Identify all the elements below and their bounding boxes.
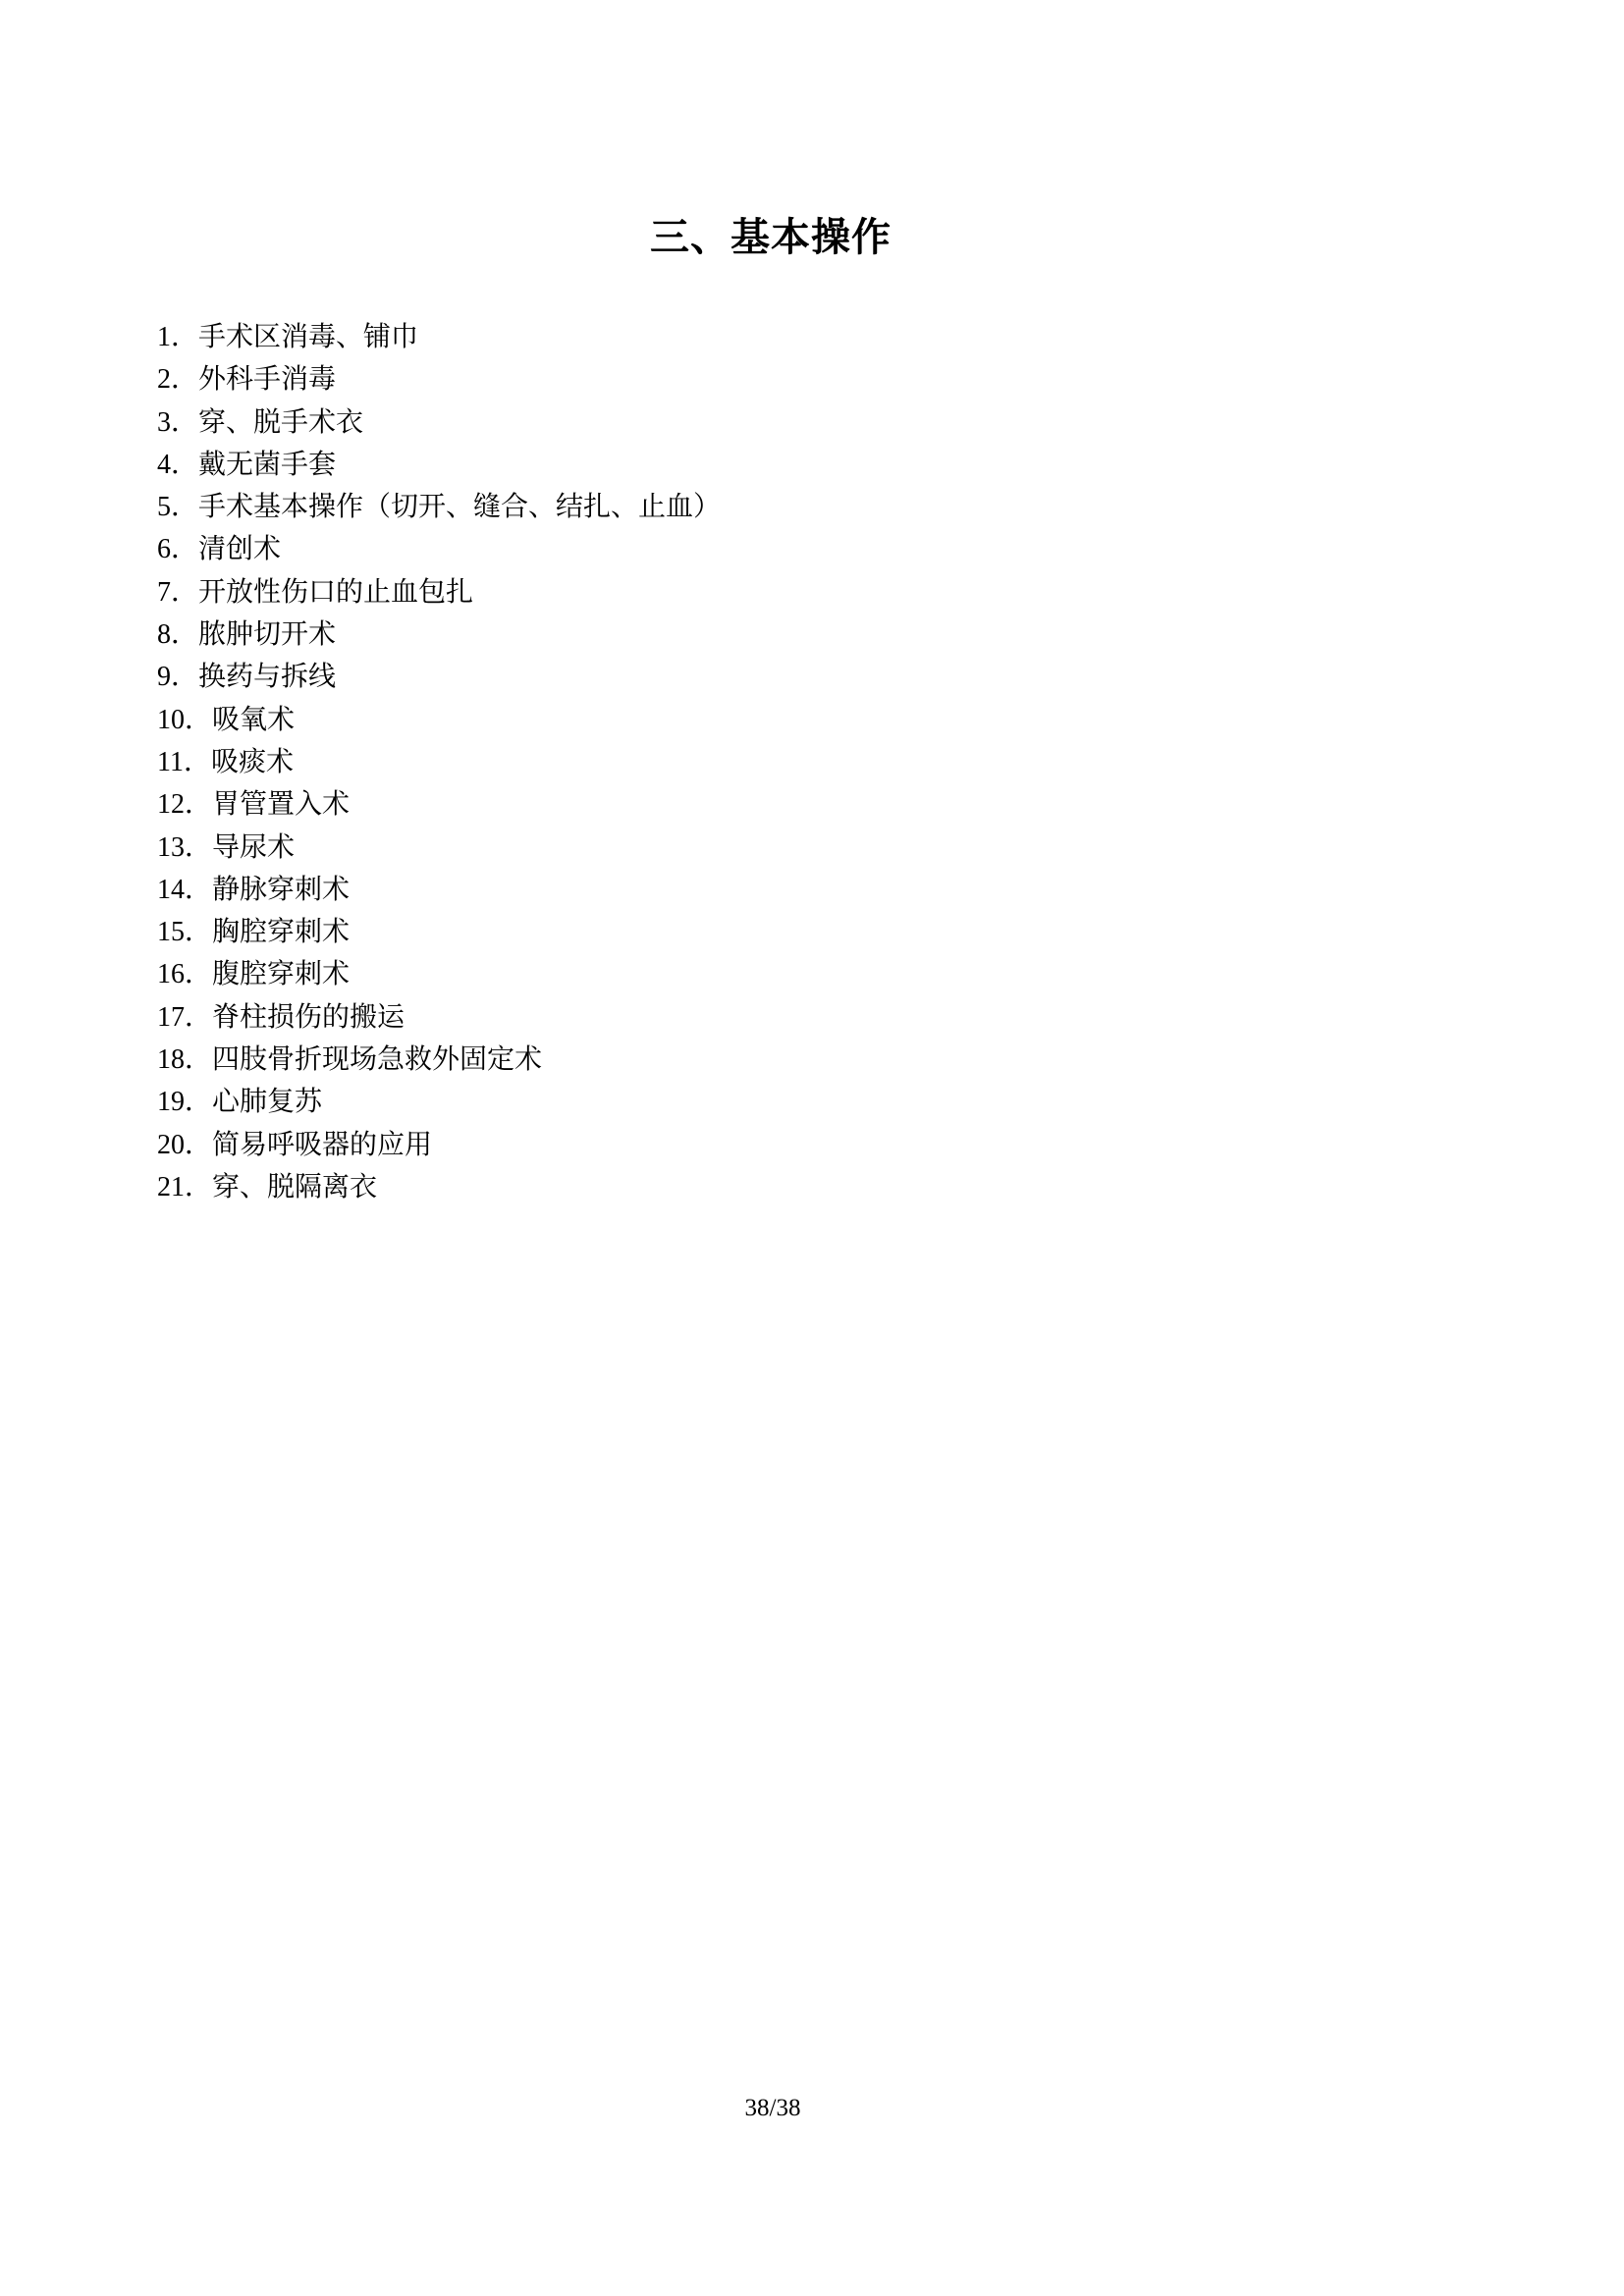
list-item: 15．胸腔穿刺术 — [157, 911, 721, 953]
list-item: 16．腹腔穿刺术 — [157, 953, 721, 995]
list-item: 1．手术区消毒、铺巾 — [157, 316, 721, 358]
list-item: 11．吸痰术 — [157, 741, 721, 783]
list-item: 9．换药与拆线 — [157, 656, 721, 698]
operations-list: 1．手术区消毒、铺巾2．外科手消毒3．穿、脱手术衣4．戴无菌手套5．手术基本操作… — [157, 316, 721, 1208]
list-item: 18．四肢骨折现场急救外固定术 — [157, 1039, 721, 1081]
list-item: 12．胃管置入术 — [157, 783, 721, 826]
list-item: 19．心肺复苏 — [157, 1081, 721, 1123]
list-item: 5．手术基本操作（切开、缝合、结扎、止血） — [157, 486, 721, 528]
list-item: 4．戴无菌手套 — [157, 444, 721, 486]
page-number: 38/38 — [0, 2095, 1545, 2122]
list-item: 14．静脉穿刺术 — [157, 869, 721, 911]
list-item: 8．脓肿切开术 — [157, 614, 721, 656]
list-item: 13．导尿术 — [157, 827, 721, 869]
list-item: 3．穿、脱手术衣 — [157, 401, 721, 444]
list-item: 2．外科手消毒 — [157, 358, 721, 400]
list-item: 10．吸氧术 — [157, 699, 721, 741]
document-page: 三、基本操作 1．手术区消毒、铺巾2．外科手消毒3．穿、脱手术衣4．戴无菌手套5… — [0, 0, 1624, 2296]
list-item: 7．开放性伤口的止血包扎 — [157, 571, 721, 614]
page-title: 三、基本操作 — [0, 215, 1542, 260]
list-item: 20．简易呼吸器的应用 — [157, 1124, 721, 1166]
list-item: 21．穿、脱隔离衣 — [157, 1166, 721, 1208]
list-item: 17．脊柱损伤的搬运 — [157, 996, 721, 1039]
list-item: 6．清创术 — [157, 528, 721, 570]
